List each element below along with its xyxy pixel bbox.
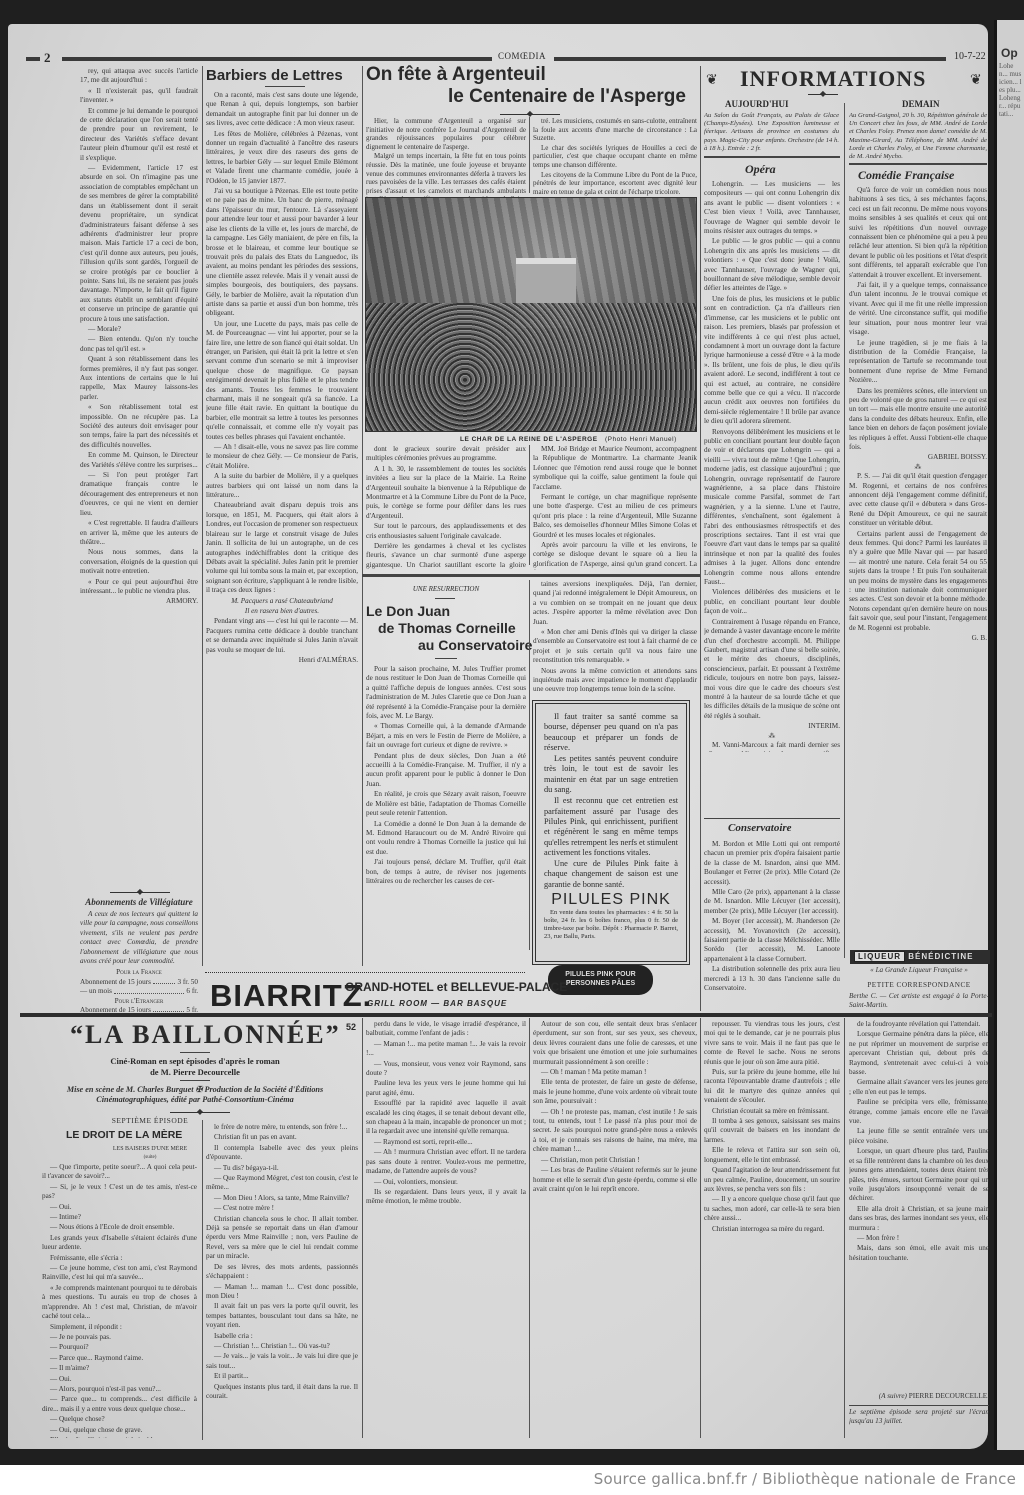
serial-subtitle-1: Ciné-Roman en sept épisodes d'après le r… xyxy=(60,1056,330,1066)
today-text: Au Salon du Goût Français, au Palais de … xyxy=(704,112,839,154)
serial-paragraph: — Christian, mon petit Christian ! xyxy=(533,1156,697,1165)
serial-paragraph: — Oui, volontiers, monsieur. xyxy=(366,1178,526,1187)
subscription-price-row: Abonnement de 15 jours3 fr. 50 xyxy=(80,978,198,987)
serial-col-4: Autour de son cou, elle sentait deux bra… xyxy=(533,1020,697,1438)
donjuan-paragraph: J'ai toujours pensé, déclare M. Truffier… xyxy=(366,858,526,886)
subscription-price-row: — un mois6 fr. xyxy=(80,987,198,996)
column-rule xyxy=(529,117,530,193)
barbiers-paragraph: Les fêtes de Molière, célébrées à Pézena… xyxy=(206,130,358,186)
argenteuil-paragraph: tré. Les musiciens, costumés en sans-cul… xyxy=(533,117,697,143)
serial-paragraph: — Ce jeune homme, c'est ton ami, c'est R… xyxy=(42,1264,197,1283)
barbiers-paragraph: Un jour, une Lucette du pays, mais pas c… xyxy=(206,320,358,442)
dotted-divider xyxy=(205,972,525,973)
argenteuil-paragraph: Derrière les gendarmes à cheval et les c… xyxy=(366,542,526,570)
comedie-paragraph: Le jeune tragédien, si je me fiais à la … xyxy=(849,339,987,386)
serial-paragraph: Christian interrogea sa mère du regard. xyxy=(704,1225,840,1234)
villegiature-etranger-label: Pour l'Etranger xyxy=(80,997,198,1006)
opera-paragraph: Une fois de plus, les musiciens et le pu… xyxy=(704,295,840,427)
barbiers-paragraph: — Ah ! disait-elle, vous ne savez pas li… xyxy=(206,443,358,471)
donjuan-kicker: UNE RESURRECTION xyxy=(366,585,526,593)
donjuan-paragraph: En réalité, je crois que Sézary avait ra… xyxy=(366,790,526,818)
correspondance-text: Berthe C. — Cet artiste est engagé à la … xyxy=(849,992,989,1012)
barbiers-closing: Pendant vingt ans — c'est lui qui le rac… xyxy=(206,617,358,655)
source-credit: Source gallica.bnf.fr / Bibliothèque nat… xyxy=(594,1470,1016,1488)
serial-paragraph: Lorsque Germaine pénétra dans la pièce, … xyxy=(849,1030,989,1077)
serial-paragraph: le frère de notre mère, tu entends, son … xyxy=(206,1123,358,1132)
argenteuil-paragraph: Les citoyens de la Commune Libre du Pont… xyxy=(533,171,697,197)
serial-paragraph: Christian chancela sous le choc. Il alla… xyxy=(206,1215,358,1262)
serial-footnote: Le septième épisode sera projeté sur l'é… xyxy=(849,1408,989,1430)
article-paragraph: rey, qui attaqua avec succès l'article 1… xyxy=(80,67,198,86)
section-divider xyxy=(849,163,987,165)
serial-paragraph: « Je comprends maintenant pourquoi tu te… xyxy=(42,1284,197,1322)
serial-col-2: le frère de notre mère, tu entends, son … xyxy=(206,1123,358,1438)
masthead-rule xyxy=(554,57,946,61)
serial-paragraph: — Tu dis? bégaya-t-il. xyxy=(206,1164,358,1173)
serial-paragraph: — Maman !... ma petite maman !... Je vai… xyxy=(366,1040,526,1059)
barbiers-paragraph: Chateaubriand avait disparu depuis trois… xyxy=(206,501,358,595)
donjuan-headline-2: de Thomas Corneille xyxy=(378,620,516,636)
argenteuil-col-c: dont le gracieux sourire devait présider… xyxy=(366,445,526,570)
argenteuil-paragraph: dont le gracieux sourire devait présider… xyxy=(366,445,526,464)
serial-paragraph: — Oui. xyxy=(42,1375,197,1384)
serial-subtitle-2: de M. Pierre Decourcelle xyxy=(60,1067,330,1077)
argenteuil-paragraph: MM. Joë Bridge et Maurice Neumont, accom… xyxy=(533,445,697,492)
opera-paragraph: Lohengrin. — Les musiciens — les composi… xyxy=(704,180,840,236)
serial-paragraph: — Alors, pourquoi n'est-il pas venu?... xyxy=(42,1385,197,1394)
donjuan-headline-3: au Conservatoire xyxy=(418,637,532,653)
section-divider xyxy=(704,818,840,819)
villegiature-title: Abonnements de Villégiature xyxy=(80,897,198,908)
adjacent-page-heading: Op xyxy=(997,20,1024,60)
photo-caption: LE CHAR DE LA REINE DE L'ASPERGE xyxy=(460,436,598,443)
serial-paragraph: Christian écoutait sa mère en frémissant… xyxy=(704,1107,840,1116)
column-rule xyxy=(844,103,845,958)
headline-underline xyxy=(265,86,305,87)
to-be-continued: (A suivre) xyxy=(879,1392,907,1400)
benedictine-tagline: « La Grande Liqueur Française » xyxy=(849,966,989,976)
opera-title: Opéra xyxy=(745,162,776,177)
barbiers-article: On a raconté, mais c'est sans doute une … xyxy=(206,91,358,951)
barbiers-quote-line: Il en rasera bien d'autres. xyxy=(206,607,358,616)
barbiers-signature: Henri d'ALMÉRAS. xyxy=(206,656,358,665)
article-paragraph: — Morale? xyxy=(80,325,198,334)
comedie-ps-paragraph: Certains parlent aussi de l'engagement d… xyxy=(849,530,987,633)
article-paragraph: Quant à son rétablissement dans les form… xyxy=(80,355,198,402)
serial-paragraph: — Ah ! murmura Christian avec effort. Il… xyxy=(366,1148,526,1176)
column-rule xyxy=(700,66,701,1011)
serial-paragraph: — Oui. xyxy=(42,1203,197,1212)
column-rule xyxy=(529,445,530,565)
villegiature-box: Abonnements de Villégiature A ceux de no… xyxy=(80,897,198,1012)
serial-paragraph: — Je vais... je vais la voir... Je vais … xyxy=(206,1352,358,1371)
photo-credit: (Photo Henri Manuel) xyxy=(605,436,677,443)
serial-col-5: repousser. Tu viendras tous les jours, c… xyxy=(704,1020,840,1438)
serial-paragraph: — Raymond est sorti, reprit-elle... xyxy=(366,1138,526,1147)
serial-paragraph: Isabelle cria : xyxy=(206,1332,358,1341)
column-rule xyxy=(362,1018,363,1438)
photo-queen-of-asparagus-float xyxy=(365,197,697,432)
serial-paragraph: Pauline leva les yeux vers le jeune homm… xyxy=(366,1079,526,1098)
article-paragraph: — Si l'on peut protéger l'art dramatique… xyxy=(80,471,198,518)
serial-paragraph: — Que t'importe, petite soeur?... A quoi… xyxy=(42,1163,197,1182)
serial-installment-number: 52 xyxy=(346,1022,356,1032)
serial-paragraph: Elle le releva et l'attira sur son sein … xyxy=(704,1146,840,1165)
benedictine-word: BÉNÉDICTINE xyxy=(908,952,973,961)
argenteuil-headline-1: On fête à Argenteuil xyxy=(366,64,546,86)
serial-paragraph: Lorsque, un quart d'heure plus tard, Pau… xyxy=(849,1147,989,1203)
section-divider xyxy=(704,156,840,158)
serial-paragraph: — Oui, quelque chose de grave. xyxy=(42,1426,197,1435)
villegiature-france-label: Pour la France xyxy=(80,968,198,977)
serial-paragraph: Christian fit un pas en avant. xyxy=(206,1133,358,1142)
serial-paragraph: — Que Raymond Mégret, c'est ton cousin, … xyxy=(206,1174,358,1193)
serial-paragraph: — Oh ! ne proteste pas, maman, c'est inu… xyxy=(533,1108,697,1155)
photo-crowd xyxy=(366,303,696,431)
donjuan-col-a: Pour la saison prochaine, M. Jules Truff… xyxy=(366,665,526,950)
ornament-divider xyxy=(808,94,838,95)
benedictine-ad: LIQUEUR BÉNÉDICTINE xyxy=(850,950,990,964)
argenteuil-paragraph: Après avoir parcouru la ville et les env… xyxy=(533,541,697,570)
argenteuil-paragraph: Hier, la commune d'Argenteuil a organisé… xyxy=(366,117,526,151)
column-rule xyxy=(202,1120,203,1440)
serial-paragraph: — Oh ! maman ! Ma petite maman ! xyxy=(533,1068,697,1077)
serial-paragraph: — Parce que... Raymond t'aime. xyxy=(42,1354,197,1363)
leaf-ornament-icon: ❦ xyxy=(970,72,982,89)
adjacent-page-text: Lohen... musicien... les plu... Lohengr.… xyxy=(997,60,1024,120)
article-paragraph: Et comme je lui demande le pourquoi de c… xyxy=(80,107,198,163)
feuilleton-divider xyxy=(20,1013,992,1017)
serial-paragraph: Quand l'agitation de leur attendrissemen… xyxy=(704,1166,840,1194)
informations-title: INFORMATIONS xyxy=(740,66,926,92)
article-paragraph: Nous nous sommes, dans la conversation, … xyxy=(80,548,198,576)
serial-author-signature: PIERRE DECOURCELLE. xyxy=(909,1392,989,1400)
chapter-note: (suite) xyxy=(80,1153,220,1161)
serial-paragraph: Il avait fait un pas vers la porte qu'il… xyxy=(206,1302,358,1330)
ornament-divider xyxy=(500,114,560,115)
masthead-rule-left xyxy=(26,57,40,61)
tomorrow-label: DEMAIN xyxy=(902,99,940,109)
opera-paragraph: Contrairement à l'usage répandu en Franc… xyxy=(704,618,840,721)
headline-underline xyxy=(180,1080,210,1081)
argenteuil-col-a: Hier, la commune d'Argenteuil a organisé… xyxy=(366,117,526,197)
serial-paragraph: Pauline se précipita vers elle, frémissa… xyxy=(849,1098,989,1126)
correspondance-title: PETITE CORRESPONDANCE xyxy=(849,981,989,991)
barbiers-paragraph: A la suite du barbier de Molière, il y a… xyxy=(206,472,358,500)
donjuan-paragraph: Pour la saison prochaine, M. Jules Truff… xyxy=(366,665,526,721)
serial-paragraph: — Intime? xyxy=(42,1213,197,1222)
serial-paragraph: Mais, dans son émoi, elle avait mis une … xyxy=(849,1244,989,1263)
serial-paragraph: La jeune fille se sentit entraînée vers … xyxy=(849,1127,989,1146)
column-rule xyxy=(529,1018,530,1438)
subscription-price-row: Abonnement de 15 jours5 fr. xyxy=(80,1006,198,1012)
comedie-title: Comédie Française xyxy=(858,168,954,183)
ornament-divider xyxy=(110,892,170,893)
serial-paragraph: — Il y a encore quelque chose qu'il faut… xyxy=(704,1195,840,1223)
conservatoire-paragraph: M. Boyer (1er accessit), M. Jhanderson (… xyxy=(704,917,840,964)
column-rule xyxy=(529,580,530,950)
serial-paragraph: — Je ne pouvais pas. xyxy=(42,1333,197,1342)
pilules-pink-paragraph: Il faut traiter sa santé comme sa bourse… xyxy=(544,712,678,753)
comedie-ps-signature: G. B. xyxy=(849,634,987,643)
serial-col-1: — Que t'importe, petite soeur?... A quoi… xyxy=(42,1163,197,1438)
tomorrow-text: Au Grand-Guignol, 20 h. 30, Répétition g… xyxy=(849,112,987,162)
pilules-pink-advertisement: Il faut traiter sa santé comme sa bourse… xyxy=(532,700,690,965)
serial-paragraph: De ses lèvres, des mots ardents, passion… xyxy=(206,1263,358,1282)
page-number: 2 xyxy=(44,50,51,66)
issue-date: 10-7-22 xyxy=(954,51,986,62)
serial-credits: Mise en scène de M. Charles Burguet ✠ Pr… xyxy=(45,1085,345,1109)
donjuan-headline-1: Le Don Juan xyxy=(366,603,450,619)
article-paragraph: — Bien entendu. Qu'on n'y touche donc pa… xyxy=(80,335,198,354)
donjuan-paragraph: « Thomas Corneille qui, à la demande d'A… xyxy=(366,722,526,750)
serial-paragraph: Puis, sur la prière du jeune homme, elle… xyxy=(704,1068,840,1106)
adjacent-page-edge: Op Lohen... musicien... les plu... Lohen… xyxy=(994,20,1024,1450)
article-signature: ARMORY. xyxy=(80,597,198,606)
serial-paragraph: Elle alla droit à Christian, et sa jeune… xyxy=(849,1205,989,1233)
serial-paragraph: Simplement, il répondit : xyxy=(42,1323,197,1332)
serial-paragraph: Germaine allait s'avancer vers les jeune… xyxy=(849,1078,989,1097)
serial-signature-line: (A suivre) PIERRE DECOURCELLE. xyxy=(849,1392,989,1404)
serial-paragraph: — Les bras de Pauline s'étaient refermés… xyxy=(533,1166,697,1194)
article-paragraph: « C'est regrettable. Il faudra d'ailleur… xyxy=(80,519,198,547)
barbiers-paragraph: On a raconté, mais c'est sans doute une … xyxy=(206,91,358,129)
donjuan-paragraph: Nous avons la même conviction et attendo… xyxy=(533,667,697,692)
kicker-rule xyxy=(435,598,455,599)
opera-paragraph: Le public — le gros public — qui a connu… xyxy=(704,237,840,293)
argenteuil-headline-2: le Centenaire de l'Asperge xyxy=(448,86,686,108)
section-divider xyxy=(362,574,700,577)
barbiers-quote-line: M. Pacquers a rasé Chateaubriand xyxy=(206,597,358,606)
serial-paragraph: Autour de son cou, elle sentait deux bra… xyxy=(533,1020,697,1067)
comedie-signature: GABRIEL BOISSY. xyxy=(849,453,987,462)
serial-paragraph: Il tomba à ses genoux, saisissant ses ma… xyxy=(704,1117,840,1145)
biarritz-ad-hotels: GRAND-HOTEL et BELLEVUE-PALACE xyxy=(345,980,567,994)
donjuan-paragraph: taines aversions inexpliquées. Déjà, l'a… xyxy=(533,580,697,627)
pilules-pink-paragraph: Une cure de Pilules Pink faite à chaque … xyxy=(544,859,678,890)
pilules-pink-paragraph: Les petites santés peuvent conduire très… xyxy=(544,754,678,795)
serial-paragraph: Essoufflé par la rapidité avec laquelle … xyxy=(366,1099,526,1137)
argenteuil-paragraph: Sur tout le parcours, des applaudissemen… xyxy=(366,522,526,541)
conservatoire-title: Conservatoire xyxy=(728,822,792,834)
opera-paragraph: Renvoyons délibérément les musiciens et … xyxy=(704,428,840,588)
conservatoire-paragraph: Mlle Caro (2e prix), appartenant à la cl… xyxy=(704,888,840,916)
barbiers-paragraph: J'ai vu sa boutique à Pézenas. Elle est … xyxy=(206,187,358,319)
argenteuil-col-b: tré. Les musiciens, costumés en sans-cul… xyxy=(533,117,697,197)
villegiature-intro: A ceux de nos lecteurs qui quittent la v… xyxy=(80,910,198,966)
column-rule xyxy=(844,1018,845,1438)
serial-paragraph: repousser. Tu viendras tous les jours, c… xyxy=(704,1020,840,1067)
serial-paragraph: — Il m'aime? xyxy=(42,1364,197,1373)
article-paragraph: En comme M. Quinson, le Directeur des Va… xyxy=(80,451,198,470)
opera-note: M. Vanni-Marcoux a fait mardi dernier se… xyxy=(704,741,840,752)
serial-paragraph: Quelques instants plus tard, il était da… xyxy=(206,1383,358,1402)
serial-paragraph: — Quelque chose? xyxy=(42,1415,197,1424)
newspaper-title: COMŒDIA xyxy=(498,51,546,61)
serial-paragraph: — Mon frère ! xyxy=(849,1234,989,1243)
footnote-rule xyxy=(849,1405,989,1406)
comedie-paragraph: Dans les premières scènes, elle intervie… xyxy=(849,387,987,453)
column-rule xyxy=(202,66,203,966)
donjuan-paragraph: La Comédie a donné le Don Juan à la dema… xyxy=(366,820,526,858)
barbiers-headline: Barbiers de Lettres xyxy=(206,67,343,84)
biarritz-ad-amenities: GRILL ROOM — BAR BASQUE xyxy=(367,999,507,1008)
liqueur-word: LIQUEUR xyxy=(854,951,905,962)
serial-col-3: perdu dans le vide, le visage irradié d'… xyxy=(366,1020,526,1438)
serial-paragraph: Elle s'arrêta. Christian avait baissé le… xyxy=(42,1436,197,1438)
comedie-column: Qu'à force de voir un comédien nous nous… xyxy=(849,186,987,946)
today-label: AUJOURD'HUI xyxy=(725,99,789,109)
opera-signature: INTERIM. xyxy=(704,722,840,731)
argenteuil-paragraph: Malgré un temps incertain, la fête fut e… xyxy=(366,152,526,197)
comedie-paragraph: Qu'à force de voir un comédien nous nous… xyxy=(849,186,987,280)
column-rule xyxy=(700,1018,701,1438)
article-paragraph: — Evidemment, l'article 17 est absurde e… xyxy=(80,164,198,324)
comedie-ps-paragraph: P. S. — J'ai dit qu'il était question d'… xyxy=(849,472,987,528)
serial-col-6: de la foudroyante révélation qui l'atten… xyxy=(849,1020,989,1392)
argenteuil-paragraph: Le char des sociétés lyriques de Houille… xyxy=(533,144,697,170)
argenteuil-paragraph: Fermant le cortège, un char magnifique r… xyxy=(533,493,697,540)
ornament-divider xyxy=(170,1112,230,1113)
episode-number: SEPTIÈME ÉPISODE xyxy=(80,1116,220,1126)
serial-title: “LA BAILLONNÉE” xyxy=(70,1020,341,1050)
leaf-ornament-icon: ❦ xyxy=(706,72,718,89)
conservatoire-paragraph: M. Bordon et Mlle Lotti qui ont remporté… xyxy=(704,840,840,887)
headline-underline xyxy=(435,658,457,659)
serial-paragraph: — Maman !... maman !... C'est donc possi… xyxy=(206,1283,358,1302)
argenteuil-col-d: MM. Joë Bridge et Maurice Neumont, accom… xyxy=(533,445,697,570)
serial-paragraph: — Vous, monsieur, vous venez voir Raymon… xyxy=(366,1060,526,1079)
serial-paragraph: Frémissante, elle s'écria : xyxy=(42,1254,197,1263)
serial-paragraph: de la foudroyante révélation qui l'atten… xyxy=(849,1020,989,1029)
argenteuil-paragraph: A 1 h. 30, le rassemblement de toutes le… xyxy=(366,465,526,521)
serial-paragraph: Les grands yeux d'Isabelle s'étaient écl… xyxy=(42,1234,197,1253)
article-continuation-column: rey, qui attaqua avec succès l'article 1… xyxy=(80,67,198,882)
serial-paragraph: Ils se regardaient. Dans leurs yeux, il … xyxy=(366,1188,526,1207)
headline-underline xyxy=(180,1052,210,1053)
serial-paragraph: — C'est notre mère ! xyxy=(206,1204,358,1213)
pilules-pink-brand: PILULES PINK xyxy=(544,895,678,905)
article-paragraph: « Son rétablissement total est impossibl… xyxy=(80,403,198,450)
donjuan-paragraph: « Mon cher ami Denis d'Inès qui va dirig… xyxy=(533,628,697,666)
opera-paragraph: Violences délibérées des musiciens et le… xyxy=(704,588,840,616)
serial-paragraph: Il contempla Isabelle avec des yeux plei… xyxy=(206,1144,358,1163)
masthead-rule xyxy=(62,57,492,61)
serial-paragraph: — Si, je le veux ! C'est un de tes amis,… xyxy=(42,1183,197,1202)
serial-paragraph: — Christian !... Christian !... Où vas-t… xyxy=(206,1342,358,1351)
opera-column: Lohengrin. — Les musiciens — les composi… xyxy=(704,180,840,752)
episode-title: LE DROIT DE LA MÈRE xyxy=(66,1129,182,1141)
pilules-pink-paragraph: Il est reconnu que cet entretien est par… xyxy=(544,796,678,858)
comedie-paragraph: J'ai fait, il y a quelque temps, connais… xyxy=(849,281,987,337)
donjuan-paragraph: Pendant plus de deux siècles, Don Juan a… xyxy=(366,752,526,790)
serial-paragraph: — Pourquoi? xyxy=(42,1343,197,1352)
article-paragraph: « Pour ce qui peut aujourd'hui être inté… xyxy=(80,578,198,597)
serial-paragraph: perdu dans le vide, le visage irradié d'… xyxy=(366,1020,526,1039)
serial-paragraph: Elle tenta de protester, de faire un ges… xyxy=(533,1078,697,1106)
serial-paragraph: — Nous étions à l'Ecole de droit ensembl… xyxy=(42,1223,197,1232)
article-paragraph: « Il n'existerait pas, qu'il faudrait l'… xyxy=(80,87,198,106)
column-rule xyxy=(362,66,363,966)
conservatoire-column: M. Bordon et Mlle Lotti qui ont remporté… xyxy=(704,840,840,1010)
serial-paragraph: — Mon Dieu ! Alors, sa tante, Mme Rainvi… xyxy=(206,1194,358,1203)
donjuan-col-b: taines aversions inexpliquées. Déjà, l'a… xyxy=(533,580,697,692)
pilules-pink-fine-print: En vente dans toutes les pharmacies : 4 … xyxy=(544,909,678,941)
conservatoire-paragraph: La distribution solennelle des prix aura… xyxy=(704,965,840,993)
serial-paragraph: — Parce que... tu comprends... c'est dif… xyxy=(42,1395,197,1414)
serial-paragraph: Et il partit... xyxy=(206,1372,358,1381)
